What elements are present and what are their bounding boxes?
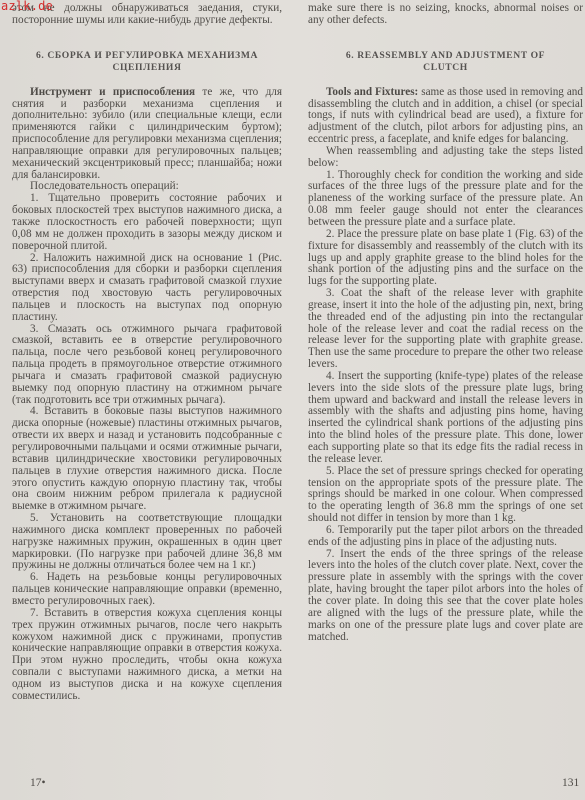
heading-line-2: СЦЕПЛЕНИЯ — [112, 62, 181, 73]
step-2-ru: 2. Наложить нажимной диск на основание 1… — [12, 253, 282, 324]
tools-lead-en: Tools and Fixtures: — [326, 86, 418, 98]
book-page-spread: azlk.de этом не должны обнаруживаться за… — [0, 0, 585, 800]
tools-text-ru: те же, что для снятия и разборки механиз… — [12, 86, 282, 181]
section-heading-ru: 6. СБОРКА И РЕГУЛИРОВКА МЕХАНИЗМА СЦЕПЛЕ… — [12, 50, 282, 75]
page-number-left: 17• — [30, 777, 46, 789]
step-1-ru: 1. Тщательно проверить состояние рабочих… — [12, 193, 282, 252]
step-4-ru: 4. Вставить в боковые пазы выступов нажи… — [12, 406, 282, 513]
step-7-ru: 7. Вставить в отверстия кожуха сцепления… — [12, 608, 282, 703]
step-7-en: 7. Insert the ends of the three springs … — [308, 549, 583, 644]
step-6-ru: 6. Надеть на резьбовые концы регулировоч… — [12, 572, 282, 608]
step-4-en: 4. Insert the supporting (knife-type) pl… — [308, 371, 583, 466]
english-column: make sure there is no seizing, knocks, a… — [308, 3, 583, 643]
tools-paragraph-en: Tools and Fixtures: same as those used i… — [308, 87, 583, 146]
intro-paragraph-en: make sure there is no seizing, knocks, a… — [308, 3, 583, 27]
page-number-right: 131 — [562, 777, 579, 789]
step-5-ru: 5. Установить на соответствующие площадк… — [12, 513, 282, 572]
step-5-en: 5. Place the set of pressure springs che… — [308, 466, 583, 525]
step-1-en: 1. Thoroughly check for condition the wo… — [308, 170, 583, 229]
tools-lead-ru: Инструмент и приспособления — [30, 86, 195, 98]
section-heading-en: 6. REASSEMBLY AND ADJUSTMENT OF CLUTCH — [308, 50, 583, 75]
russian-column: этом не должны обнаруживаться заедания, … — [12, 3, 282, 703]
step-3-en: 3. Coat the shaft of the release lever w… — [308, 288, 583, 371]
tools-paragraph-ru: Инструмент и приспособления те же, что д… — [12, 87, 282, 182]
step-6-en: 6. Temporarily put the taper pilot arbor… — [308, 525, 583, 549]
sequence-intro-en: When reassembling and adjusting take the… — [308, 146, 583, 170]
watermark: azlk.de — [1, 0, 53, 13]
step-3-ru: 3. Смазать ось отжимного рычага графитов… — [12, 324, 282, 407]
heading-line-1: 6. СБОРКА И РЕГУЛИРОВКА МЕХАНИЗМА — [36, 50, 258, 61]
heading-line-1: 6. REASSEMBLY AND ADJUSTMENT OF — [346, 50, 545, 61]
heading-line-2: CLUTCH — [423, 62, 468, 73]
step-2-en: 2. Place the pressure plate on base plat… — [308, 229, 583, 288]
